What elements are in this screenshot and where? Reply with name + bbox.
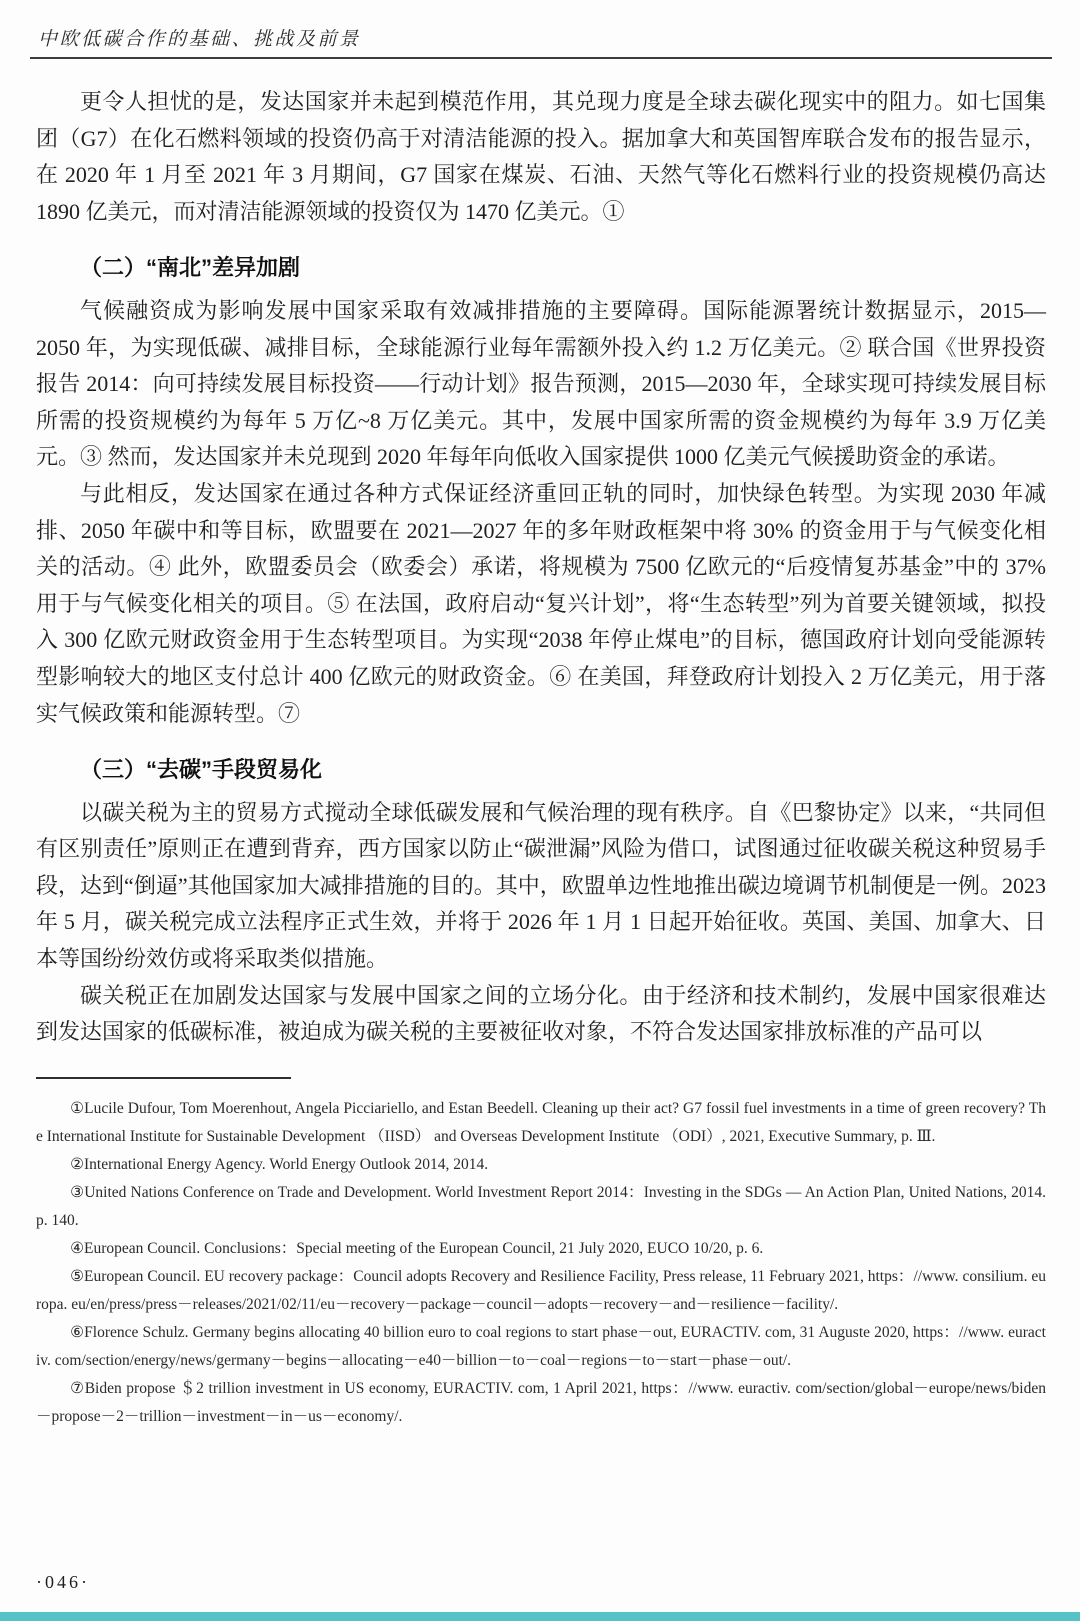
footnotes-block: ①Lucile Dufour, Tom Moerenhout, Angela P… xyxy=(36,1095,1046,1431)
header-rule xyxy=(30,57,1052,59)
footnote-divider xyxy=(36,1077,291,1079)
footnote-3: ③United Nations Conference on Trade and … xyxy=(36,1179,1046,1235)
running-header-title: 中欧低碳合作的基础、挑战及前景 xyxy=(38,24,361,51)
body-paragraph-position-split: 碳关税正在加剧发达国家与发展中国家之间的立场分化。由于经济和技术制约，发展中国家… xyxy=(36,978,1046,1051)
body-paragraph-g7-investment: 更令人担忧的是，发达国家并未起到模范作用，其兑现力度是全球去碳化现实中的阻力。如… xyxy=(36,84,1046,230)
footnote-4: ④European Council. Conclusions：Special m… xyxy=(36,1235,1046,1263)
body-paragraph-climate-finance: 气候融资成为影响发展中国家采取有效减排措施的主要障碍。国际能源署统计数据显示，2… xyxy=(36,293,1046,476)
bottom-accent-bar xyxy=(0,1612,1080,1621)
body-paragraph-carbon-tariff: 以碳关税为主的贸易方式搅动全球低碳发展和气候治理的现有秩序。自《巴黎协定》以来，… xyxy=(36,795,1046,978)
footnote-5: ⑤European Council. EU recovery package：C… xyxy=(36,1263,1046,1319)
section-heading-north-south-gap: （二）“南北”差异加剧 xyxy=(36,250,1046,287)
section-heading-decarbon-trade: （三）“去碳”手段贸易化 xyxy=(36,752,1046,789)
footnote-2: ②International Energy Agency. World Ener… xyxy=(36,1151,1046,1179)
footnote-7: ⑦Biden propose ＄2 trillion investment in… xyxy=(36,1375,1046,1431)
page-number: ·046· xyxy=(36,1572,90,1593)
footnote-1: ①Lucile Dufour, Tom Moerenhout, Angela P… xyxy=(36,1095,1046,1151)
footnote-6: ⑥Florence Schulz. Germany begins allocat… xyxy=(36,1319,1046,1375)
article-body: 更令人担忧的是，发达国家并未起到模范作用，其兑现力度是全球去碳化现实中的阻力。如… xyxy=(36,84,1046,1431)
document-page: 中欧低碳合作的基础、挑战及前景 更令人担忧的是，发达国家并未起到模范作用，其兑现… xyxy=(0,0,1080,1621)
body-paragraph-green-transition: 与此相反，发达国家在通过各种方式保证经济重回正轨的同时，加快绿色转型。为实现 2… xyxy=(36,476,1046,732)
